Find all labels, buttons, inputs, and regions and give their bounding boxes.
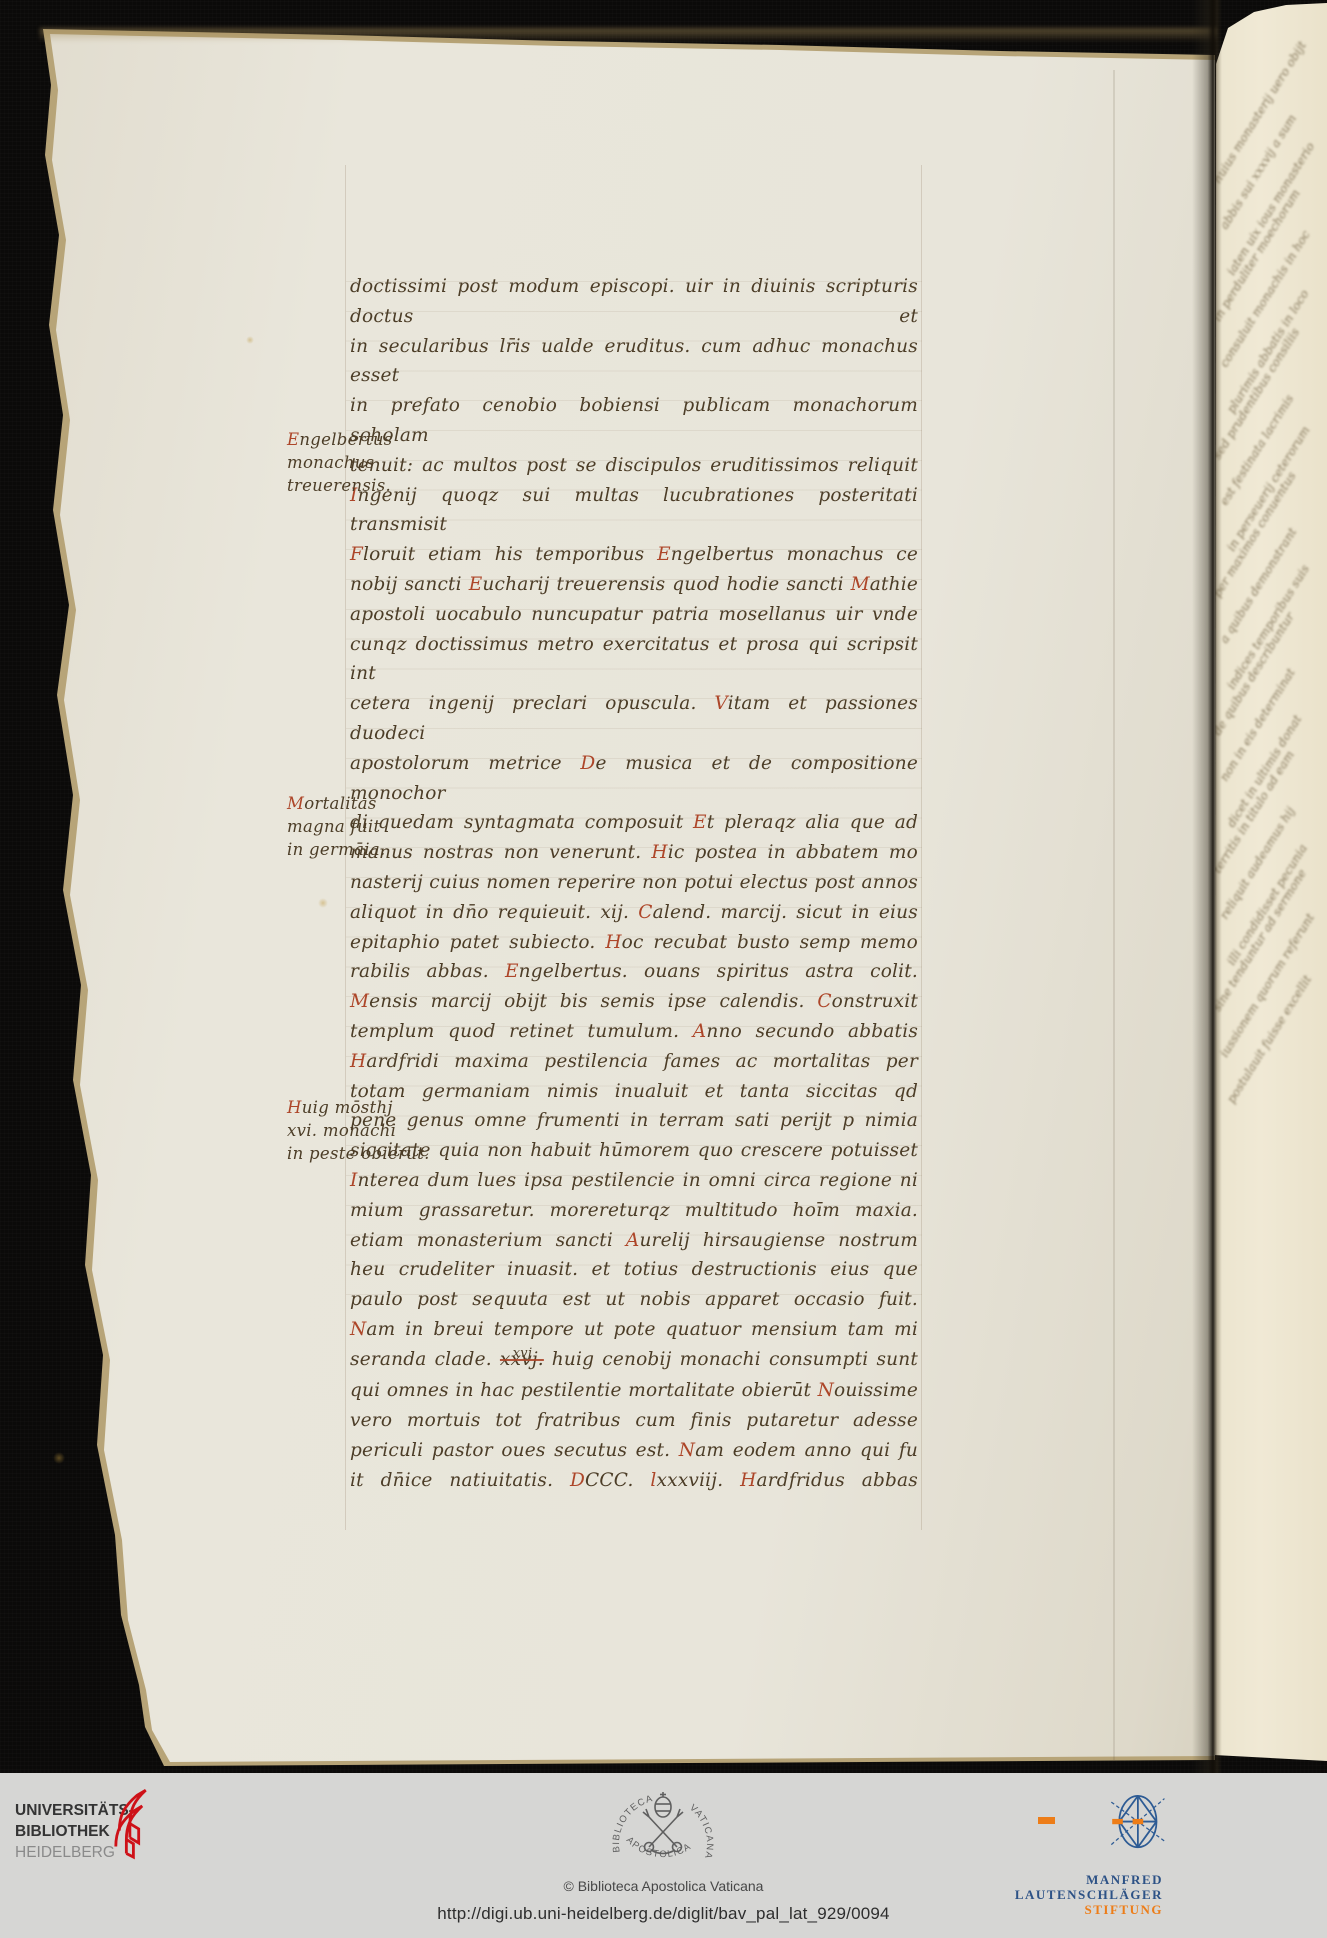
text-segment: in secularibus lr̄is ualde eruditus. cum… — [350, 336, 918, 387]
text-segment: it dn̄ice natiuitatis. — [350, 1470, 570, 1491]
manuscript-line: Hardfridi maxima pestilencia fames ac mo… — [350, 1047, 918, 1077]
text-segment: ngelbertus — [299, 430, 392, 449]
manuscript-line: Mensis marcij obijt bis semis ipse calen… — [350, 987, 918, 1017]
text-segment: ngelbertus monachus ce — [671, 544, 918, 565]
manuscript-line: heu crudeliter inuasit. et totius destru… — [350, 1255, 918, 1285]
text-segment: manus nostras non venerunt. — [350, 842, 651, 863]
manuscript-line: di quedam syntagmata composuit Et pleraq… — [350, 808, 918, 838]
text-segment: apostoli uocabulo nuncupatur patria mose… — [350, 604, 918, 625]
margin-note-line: magna fuit — [287, 815, 386, 838]
text-segment: nterea dum lues ipsa pestilencie in omni… — [358, 1170, 918, 1191]
text-segment: magna fuit — [287, 817, 380, 836]
margin-note-line: xvi. monachi — [287, 1119, 430, 1142]
margin-note-line: Engelbertus — [287, 428, 393, 451]
text-segment: ngenij quoqz sui multas lucubrationes po… — [350, 485, 918, 536]
text-segment: xvj — [513, 1346, 532, 1361]
text-segment: t pleraqz alia que ad — [707, 812, 918, 833]
text-segment: ensis marcij obijt bis semis ipse calend… — [369, 991, 817, 1012]
manuscript-line: pene genus omne frumenti in terram sati … — [350, 1106, 918, 1136]
seal-text-vaticana: VATICANA — [687, 1802, 715, 1860]
manuscript-line: paulo post sequuta est ut nobis apparet … — [350, 1285, 918, 1315]
text-segment: urelij hirsaugiense nostrum — [639, 1230, 918, 1251]
foxing-spot — [318, 898, 328, 908]
ruling-line-right — [921, 165, 922, 1530]
margin-note: Huig mōsthjxvi. monachiin peste obierūt. — [287, 1096, 430, 1165]
stiftung-line3: STIFTUNG — [1015, 1902, 1163, 1917]
text-segment: in peste obierūt. — [287, 1144, 430, 1163]
manuscript-line: apostoli uocabulo nuncupatur patria mose… — [350, 600, 918, 630]
rubricated-initial: H — [350, 1051, 366, 1072]
manuscript-line: cetera ingenij preclari opuscula. Vitam … — [350, 689, 918, 749]
text-segment: ngelbertus. ouans spiritus astra colit. — [519, 961, 918, 982]
text-segment: ardfridus abbas — [757, 1470, 918, 1491]
text-segment: di quedam syntagmata composuit — [350, 812, 693, 833]
text-segment: athie — [870, 574, 918, 595]
stiftung-dash-icon — [1038, 1817, 1055, 1824]
text-segment: totam germaniam nimis inualuit et tanta … — [350, 1081, 918, 1102]
text-segment: periculi pastor oues secutus est. — [350, 1440, 679, 1461]
digitized-manuscript-view: doctissimi post modum episcopi. uir in d… — [0, 0, 1327, 1938]
rubricated-initial: D — [580, 753, 595, 774]
text-segment: treuerensis. — [287, 476, 391, 495]
rubricated-initial: E — [469, 574, 483, 595]
text-segment: monachus — [287, 453, 374, 472]
rubricated-initial: M — [287, 794, 304, 813]
text-segment: ouissime — [834, 1380, 918, 1401]
text-segment: am in breui tempore ut pote quatuor mens… — [366, 1319, 918, 1340]
margin-note: Engelbertusmonachustreuerensis. — [287, 428, 393, 497]
rubricated-initial: A — [693, 1021, 707, 1042]
manuscript-line: siccitate quia non habuit hūmorem quo cr… — [350, 1136, 918, 1166]
manuscript-line: etiam monasterium sancti Aurelij hirsaug… — [350, 1226, 918, 1256]
page-crease — [1113, 70, 1115, 1760]
margin-note: Mortalitasmagna fuitin germāia. — [287, 792, 386, 861]
rubricated-initial: E — [505, 961, 519, 982]
manuscript-line: nasterij cuius nomen reperire non potui … — [350, 868, 918, 898]
manuscript-text-block: doctissimi post modum episcopi. uir in d… — [350, 272, 918, 1496]
foxing-spot — [246, 336, 254, 344]
text-segment: nobij sancti — [350, 574, 469, 595]
manuscript-line: in prefato cenobio bobiensi publicam mon… — [350, 391, 918, 451]
manuscript-line: Ingenij quoqz sui multas lucubrationes p… — [350, 481, 918, 541]
stiftung-wordmark: MANFRED LAUTENSCHLÄGER STIFTUNG — [1015, 1872, 1163, 1917]
text-segment: heu crudeliter inuasit. et totius destru… — [350, 1259, 918, 1280]
manuscript-line: Nam in breui tempore ut pote quatuor men… — [350, 1315, 918, 1345]
margin-note-line: in germāia. — [287, 838, 386, 861]
footer-bar: UNIVERSITÄTS- BIBLIOTHEK HEIDELBERG — [0, 1773, 1327, 1938]
text-segment: vero mortuis tot fratribus cum finis put… — [350, 1410, 918, 1431]
manuscript-line: doctissimi post modum episcopi. uir in d… — [350, 272, 918, 332]
text-segment: ucharij treuerensis quod hodie sancti — [482, 574, 850, 595]
svg-text:VATICANA: VATICANA — [687, 1802, 715, 1860]
text-segment: xxxviij. — [657, 1470, 741, 1491]
manuscript-line: apostolorum metrice De musica et de comp… — [350, 749, 918, 809]
text-segment: siccitate quia non habuit hūmorem quo cr… — [350, 1140, 918, 1161]
rubricated-initial: E — [693, 812, 707, 833]
rubricated-initial: H — [740, 1470, 756, 1491]
text-segment: CCC. — [585, 1470, 650, 1491]
manuscript-line: seranda clade. xxvj.xvj huig cenobij mon… — [350, 1345, 918, 1377]
manuscript-line: periculi pastor oues secutus est. Nam eo… — [350, 1436, 918, 1466]
text-segment: huig cenobij monachi consumpti sunt — [544, 1349, 918, 1370]
text-segment: nno secundo abbatis — [706, 1021, 918, 1042]
text-segment: mium grassaretur. morereturqz multitudo … — [350, 1200, 918, 1221]
text-segment: ortalitas — [304, 794, 376, 813]
text-segment: pene genus omne frumenti in terram sati … — [350, 1110, 918, 1131]
text-segment: onstruxit — [832, 991, 918, 1012]
lautenschlaeger-globe-icon — [1106, 1786, 1168, 1866]
text-segment: uig mōsthj — [302, 1098, 393, 1117]
stiftung-line1: MANFRED — [1015, 1872, 1163, 1887]
ub-heidelberg-logo-icon — [107, 1787, 151, 1869]
text-segment: apostolorum metrice — [350, 753, 580, 774]
manuscript-line: templum quod retinet tumulum. Anno secun… — [350, 1017, 918, 1047]
rubricated-initial: E — [657, 544, 671, 565]
text-segment: epitaphio patet subiecto. — [350, 932, 605, 953]
text-segment: am eodem anno qui fu — [695, 1440, 918, 1461]
manuscript-line: qui omnes in hac pestilentie mortalitate… — [350, 1376, 918, 1406]
stiftung-line2: LAUTENSCHLÄGER — [1015, 1887, 1163, 1902]
text-segment: qui omnes in hac pestilentie mortalitate… — [350, 1380, 818, 1401]
manuscript-line: tenuit: ac multos post se discipulos eru… — [350, 451, 918, 481]
margin-note-line: Mortalitas — [287, 792, 386, 815]
margin-note-line: treuerensis. — [287, 474, 393, 497]
seal-text-apostolica: APOSTOLICA — [624, 1835, 694, 1860]
rubricated-initial: H — [651, 842, 667, 863]
text-segment: in germāia. — [287, 840, 386, 859]
text-segment: doctissimi post modum episcopi. uir in d… — [350, 276, 918, 327]
rubricated-initial: V — [714, 693, 727, 714]
text-segment: paulo post sequuta est ut nobis apparet … — [350, 1289, 918, 1310]
margin-note-line: monachus — [287, 451, 393, 474]
manuscript-line: in secularibus lr̄is ualde eruditus. cum… — [350, 332, 918, 392]
margin-note-line: in peste obierūt. — [287, 1142, 430, 1165]
rubricated-initial: C — [638, 902, 652, 923]
text-segment: ic postea in abbatem mo — [668, 842, 918, 863]
rubricated-initial: M — [851, 574, 870, 595]
text-segment: rabilis abbas. — [350, 961, 505, 982]
rubricated-initial: N — [818, 1380, 834, 1401]
text-segment: alend. marcij. sicut in eius — [653, 902, 918, 923]
manuscript-line: rabilis abbas. Engelbertus. ouans spirit… — [350, 957, 918, 987]
manuscript-line: aliquot in dn̄o requieuit. xij. Calend. … — [350, 898, 918, 928]
text-segment: templum quod retinet tumulum. — [350, 1021, 693, 1042]
manuscript-line: epitaphio patet subiecto. Hoc recubat bu… — [350, 928, 918, 958]
manuscript-line: Floruit etiam his temporibus Engelbertus… — [350, 540, 918, 570]
rubricated-initial: N — [350, 1319, 366, 1340]
text-segment: aliquot in dn̄o requieuit. xij. — [350, 902, 638, 923]
rubricated-initial: H — [287, 1098, 302, 1117]
manuscript-line: totam germaniam nimis inualuit et tanta … — [350, 1077, 918, 1107]
manuscript-line: mium grassaretur. morereturqz multitudo … — [350, 1196, 918, 1226]
margin-note-line: Huig mōsthj — [287, 1096, 430, 1119]
rubricated-initial: N — [679, 1440, 695, 1461]
manuscript-line: it dn̄ice natiuitatis. DCCC. lxxxviij. H… — [350, 1466, 918, 1496]
text-segment: etiam monasterium sancti — [350, 1230, 626, 1251]
text-segment: cunqz doctissimus metro exercitatus et p… — [350, 634, 918, 685]
manuscript-line: cunqz doctissimus metro exercitatus et p… — [350, 630, 918, 690]
rubricated-initial: A — [626, 1230, 640, 1251]
rubricated-initial: F — [350, 544, 363, 565]
manuscript-line: vero mortuis tot fratribus cum finis put… — [350, 1406, 918, 1436]
svg-text:APOSTOLICA: APOSTOLICA — [624, 1835, 694, 1860]
rubricated-initial: D — [570, 1470, 585, 1491]
foxing-spot — [53, 1452, 65, 1464]
rubricated-initial: M — [350, 991, 369, 1012]
manuscript-line: Interea dum lues ipsa pestilencie in omn… — [350, 1166, 918, 1196]
text-segment: cetera ingenij preclari opuscula. — [350, 693, 714, 714]
text-segment: tenuit: ac multos post se discipulos eru… — [350, 455, 918, 476]
book-gutter-shadow — [1192, 0, 1222, 1775]
facing-page-text: huius monasterij uero obijtabbis sui xxx… — [1206, 0, 1327, 1764]
text-segment: nasterij cuius nomen reperire non potui … — [350, 872, 918, 893]
text-segment: seranda clade. — [350, 1349, 500, 1370]
manuscript-line: manus nostras non venerunt. Hic postea i… — [350, 838, 918, 868]
vatican-library-seal-icon: BIBLIOTECA VATICANA APOSTOLICA — [585, 1779, 741, 1879]
rubricated-initial: E — [287, 430, 299, 449]
rubricated-initial: I — [350, 1170, 358, 1191]
rubricated-initial: C — [817, 991, 831, 1012]
text-segment: ardfridi maxima pestilencia fames ac mor… — [366, 1051, 918, 1072]
manuscript-line: nobij sancti Eucharij treuerensis quod h… — [350, 570, 918, 600]
text-segment: in prefato cenobio bobiensi publicam mon… — [350, 395, 918, 446]
text-segment: oc recubat busto semp memo — [622, 932, 918, 953]
rubricated-initial: H — [605, 932, 621, 953]
text-segment: loruit etiam his temporibus — [363, 544, 657, 565]
page-top-deckle — [40, 28, 1216, 42]
text-segment: xvi. monachi — [287, 1121, 396, 1140]
